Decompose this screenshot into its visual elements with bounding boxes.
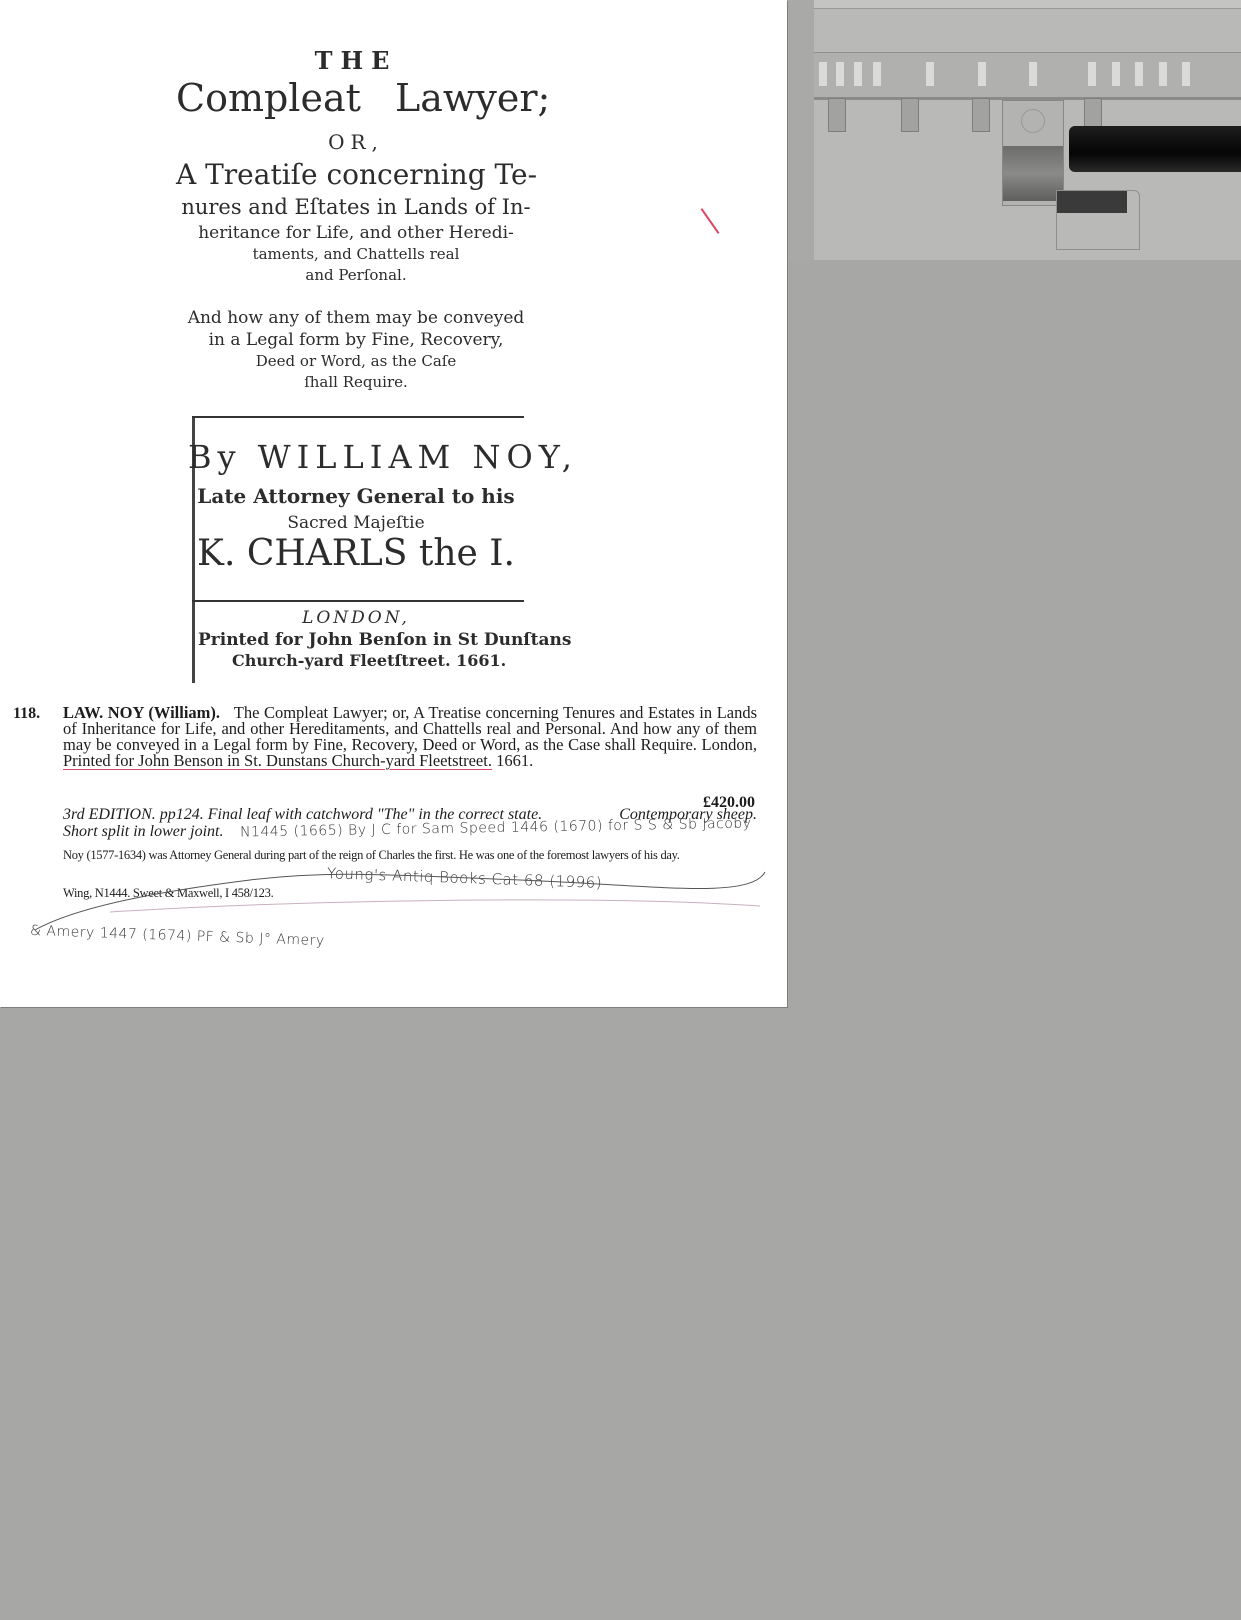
lot-number: 118. <box>13 705 40 723</box>
sacred-line: Sacred Majeſtie <box>176 513 536 533</box>
scanner-window <box>1056 190 1140 250</box>
conveyance-line: Deed or Word, as the Caſe <box>176 352 536 370</box>
biographical-note: Noy (1577-1634) was Attorney General dur… <box>63 850 757 861</box>
subtitle-line: A Treatiſe concerning Te- <box>176 158 536 191</box>
scanned-page: THE Compleat Lawyer; OR, A Treatiſe conc… <box>0 0 787 1007</box>
bibliographic-references: Wing, N1444. Sweet & Maxwell, I 458/123. <box>63 886 273 901</box>
imprint-year: 1661. <box>492 751 533 770</box>
title-or: OR, <box>176 130 536 154</box>
scanner-slot <box>1088 62 1096 86</box>
condition-text: Short split in lower joint. <box>63 823 223 840</box>
scanner-clip <box>972 98 990 132</box>
scanner-clip <box>828 98 846 132</box>
scanner-slot <box>1182 62 1190 86</box>
underlined-imprint: Printed for John Benson in St. Dunstans … <box>63 751 492 770</box>
scanner-roller <box>1069 126 1241 172</box>
handwritten-source-note: Young's Antiq Books Cat 68 (1996) <box>327 864 603 892</box>
entry-description: LAW. NOY (William). The Compleat Lawyer;… <box>63 705 757 769</box>
hinge-knob <box>1021 109 1045 133</box>
scanner-hinge <box>1002 100 1064 206</box>
conveyance-line: And how any of them may be conveyed <box>176 308 536 328</box>
subtitle-line: heritance for Life, and other Heredi- <box>176 223 536 243</box>
imprint-city: LONDON, <box>176 608 536 628</box>
scanner-clip <box>901 98 919 132</box>
scanner-slot <box>978 62 986 86</box>
scanner-rail <box>814 0 1241 9</box>
conveyance-line: in a Legal form by Fine, Recovery, <box>176 330 536 350</box>
subtitle-line: nures and Eſtates in Lands of In- <box>176 195 536 219</box>
title-page-facsimile: THE Compleat Lawyer; OR, A Treatiſe conc… <box>176 30 536 685</box>
subtitle-line: and Perſonal. <box>176 266 536 284</box>
conveyance-line: ſhall Require. <box>176 373 536 391</box>
role-line: Late Attorney General to his <box>176 484 536 508</box>
red-pen-mark <box>701 208 720 234</box>
scanner-glass-edge <box>787 0 814 260</box>
imprint-printer: Printed for John Benſon in St Dunſtans <box>198 630 558 650</box>
handwritten-continuation-note: & Amery 1447 (1674) PF & Sb J° Amery <box>30 923 325 949</box>
title-rule-top <box>192 416 524 418</box>
scanner-slot <box>836 62 844 86</box>
hinge-pocket <box>1003 146 1063 201</box>
scanner-lid-hardware <box>814 0 1241 260</box>
main-title: Compleat Lawyer; <box>176 76 536 120</box>
scanner-slot <box>854 62 862 86</box>
scanner-slot <box>819 62 827 86</box>
scanner-slot <box>926 62 934 86</box>
scanner-slot <box>1112 62 1120 86</box>
scanner-window-dark <box>1057 191 1127 213</box>
scanner-slot <box>1029 62 1037 86</box>
title-rule-bottom <box>192 600 524 602</box>
scanner-slot <box>873 62 881 86</box>
subtitle-line: taments, and Chattells real <box>176 245 536 263</box>
king-line: K. CHARLS the I. <box>176 533 536 574</box>
imprint-place-date: Church-yard Fleetſtreet. 1661. <box>232 651 592 670</box>
scanner-slot <box>1135 62 1143 86</box>
title-the: THE <box>176 46 536 75</box>
scanner-slot <box>1159 62 1167 86</box>
author-line: By WILLIAM NOY, <box>188 438 548 476</box>
